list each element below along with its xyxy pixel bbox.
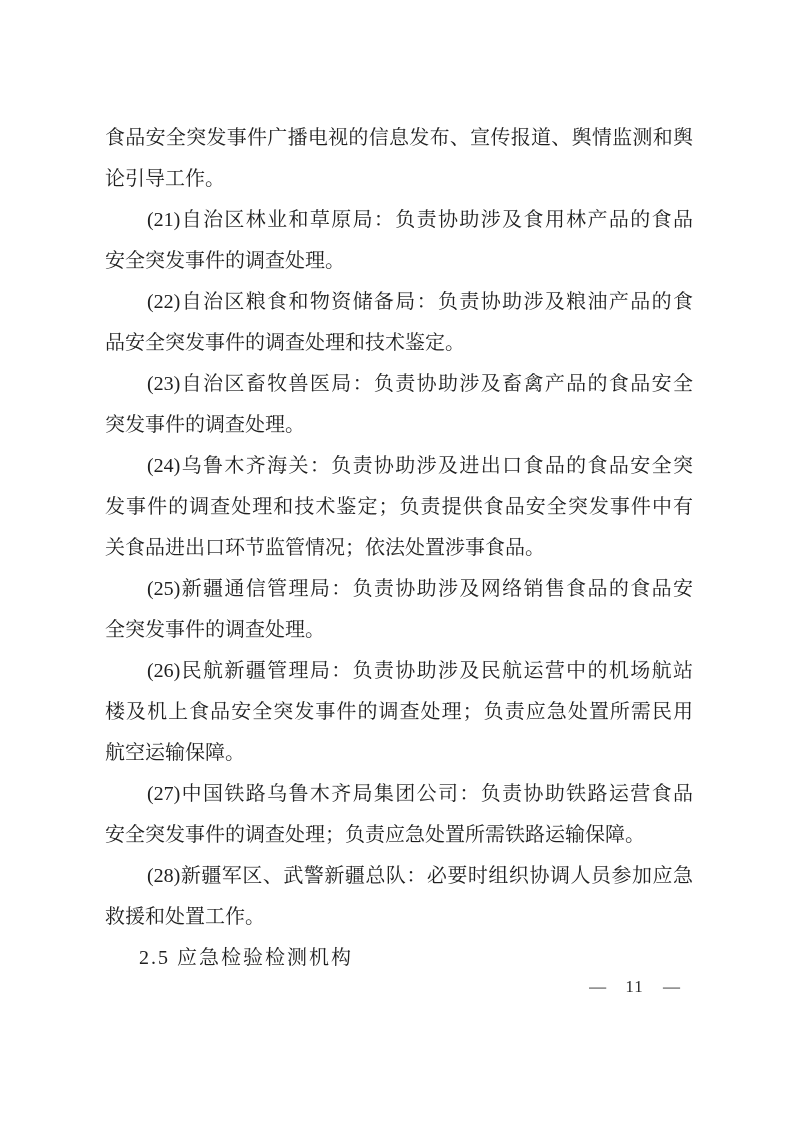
- text-line: 论引导工作。: [105, 159, 693, 200]
- text-line: (22)自治区粮食和物资储备局：负责协助涉及粮油产品的食: [105, 282, 693, 323]
- text-line: 发事件的调查处理和技术鉴定；负责提供食品安全突发事件中有: [105, 487, 693, 528]
- text-line: 航空运输保障。: [105, 733, 693, 774]
- footer-dash-left: —: [589, 975, 606, 999]
- text-line: (27)中国铁路乌鲁木齐局集团公司：负责协助铁路运营食品: [105, 774, 693, 815]
- page-footer: — 11 —: [0, 975, 680, 999]
- text-line: 关食品进出口环节监管情况；依法处置涉事食品。: [105, 528, 693, 569]
- footer-page-number: 11: [625, 975, 643, 999]
- section-heading: 2.5 应急检验检测机构: [105, 938, 693, 979]
- text-line: (28)新疆军区、武警新疆总队：必要时组织协调人员参加应急: [105, 856, 693, 897]
- footer-dash-right: —: [663, 975, 680, 999]
- text-line: 突发事件的调查处理。: [105, 405, 693, 446]
- text-line: 安全突发事件的调查处理；负责应急处置所需铁路运输保障。: [105, 815, 693, 856]
- text-content: 食品安全突发事件广播电视的信息发布、宣传报道、舆情监测和舆论引导工作。(21)自…: [105, 118, 693, 979]
- text-line: 救援和处置工作。: [105, 897, 693, 938]
- text-line: (26)民航新疆管理局：负责协助涉及民航运营中的机场航站: [105, 651, 693, 692]
- text-line: 食品安全突发事件广播电视的信息发布、宣传报道、舆情监测和舆: [105, 118, 693, 159]
- text-line: (25)新疆通信管理局：负责协助涉及网络销售食品的食品安: [105, 569, 693, 610]
- text-line: 楼及机上食品安全突发事件的调查处理；负责应急处置所需民用: [105, 692, 693, 733]
- text-line: 品安全突发事件的调查处理和技术鉴定。: [105, 323, 693, 364]
- text-line: (23)自治区畜牧兽医局：负责协助涉及畜禽产品的食品安全: [105, 364, 693, 405]
- text-line: 安全突发事件的调查处理。: [105, 241, 693, 282]
- text-line: (24)乌鲁木齐海关：负责协助涉及进出口食品的食品安全突: [105, 446, 693, 487]
- text-line: 全突发事件的调查处理。: [105, 610, 693, 651]
- document-page: 食品安全突发事件广播电视的信息发布、宣传报道、舆情监测和舆论引导工作。(21)自…: [0, 0, 793, 1122]
- text-line: (21)自治区林业和草原局：负责协助涉及食用林产品的食品: [105, 200, 693, 241]
